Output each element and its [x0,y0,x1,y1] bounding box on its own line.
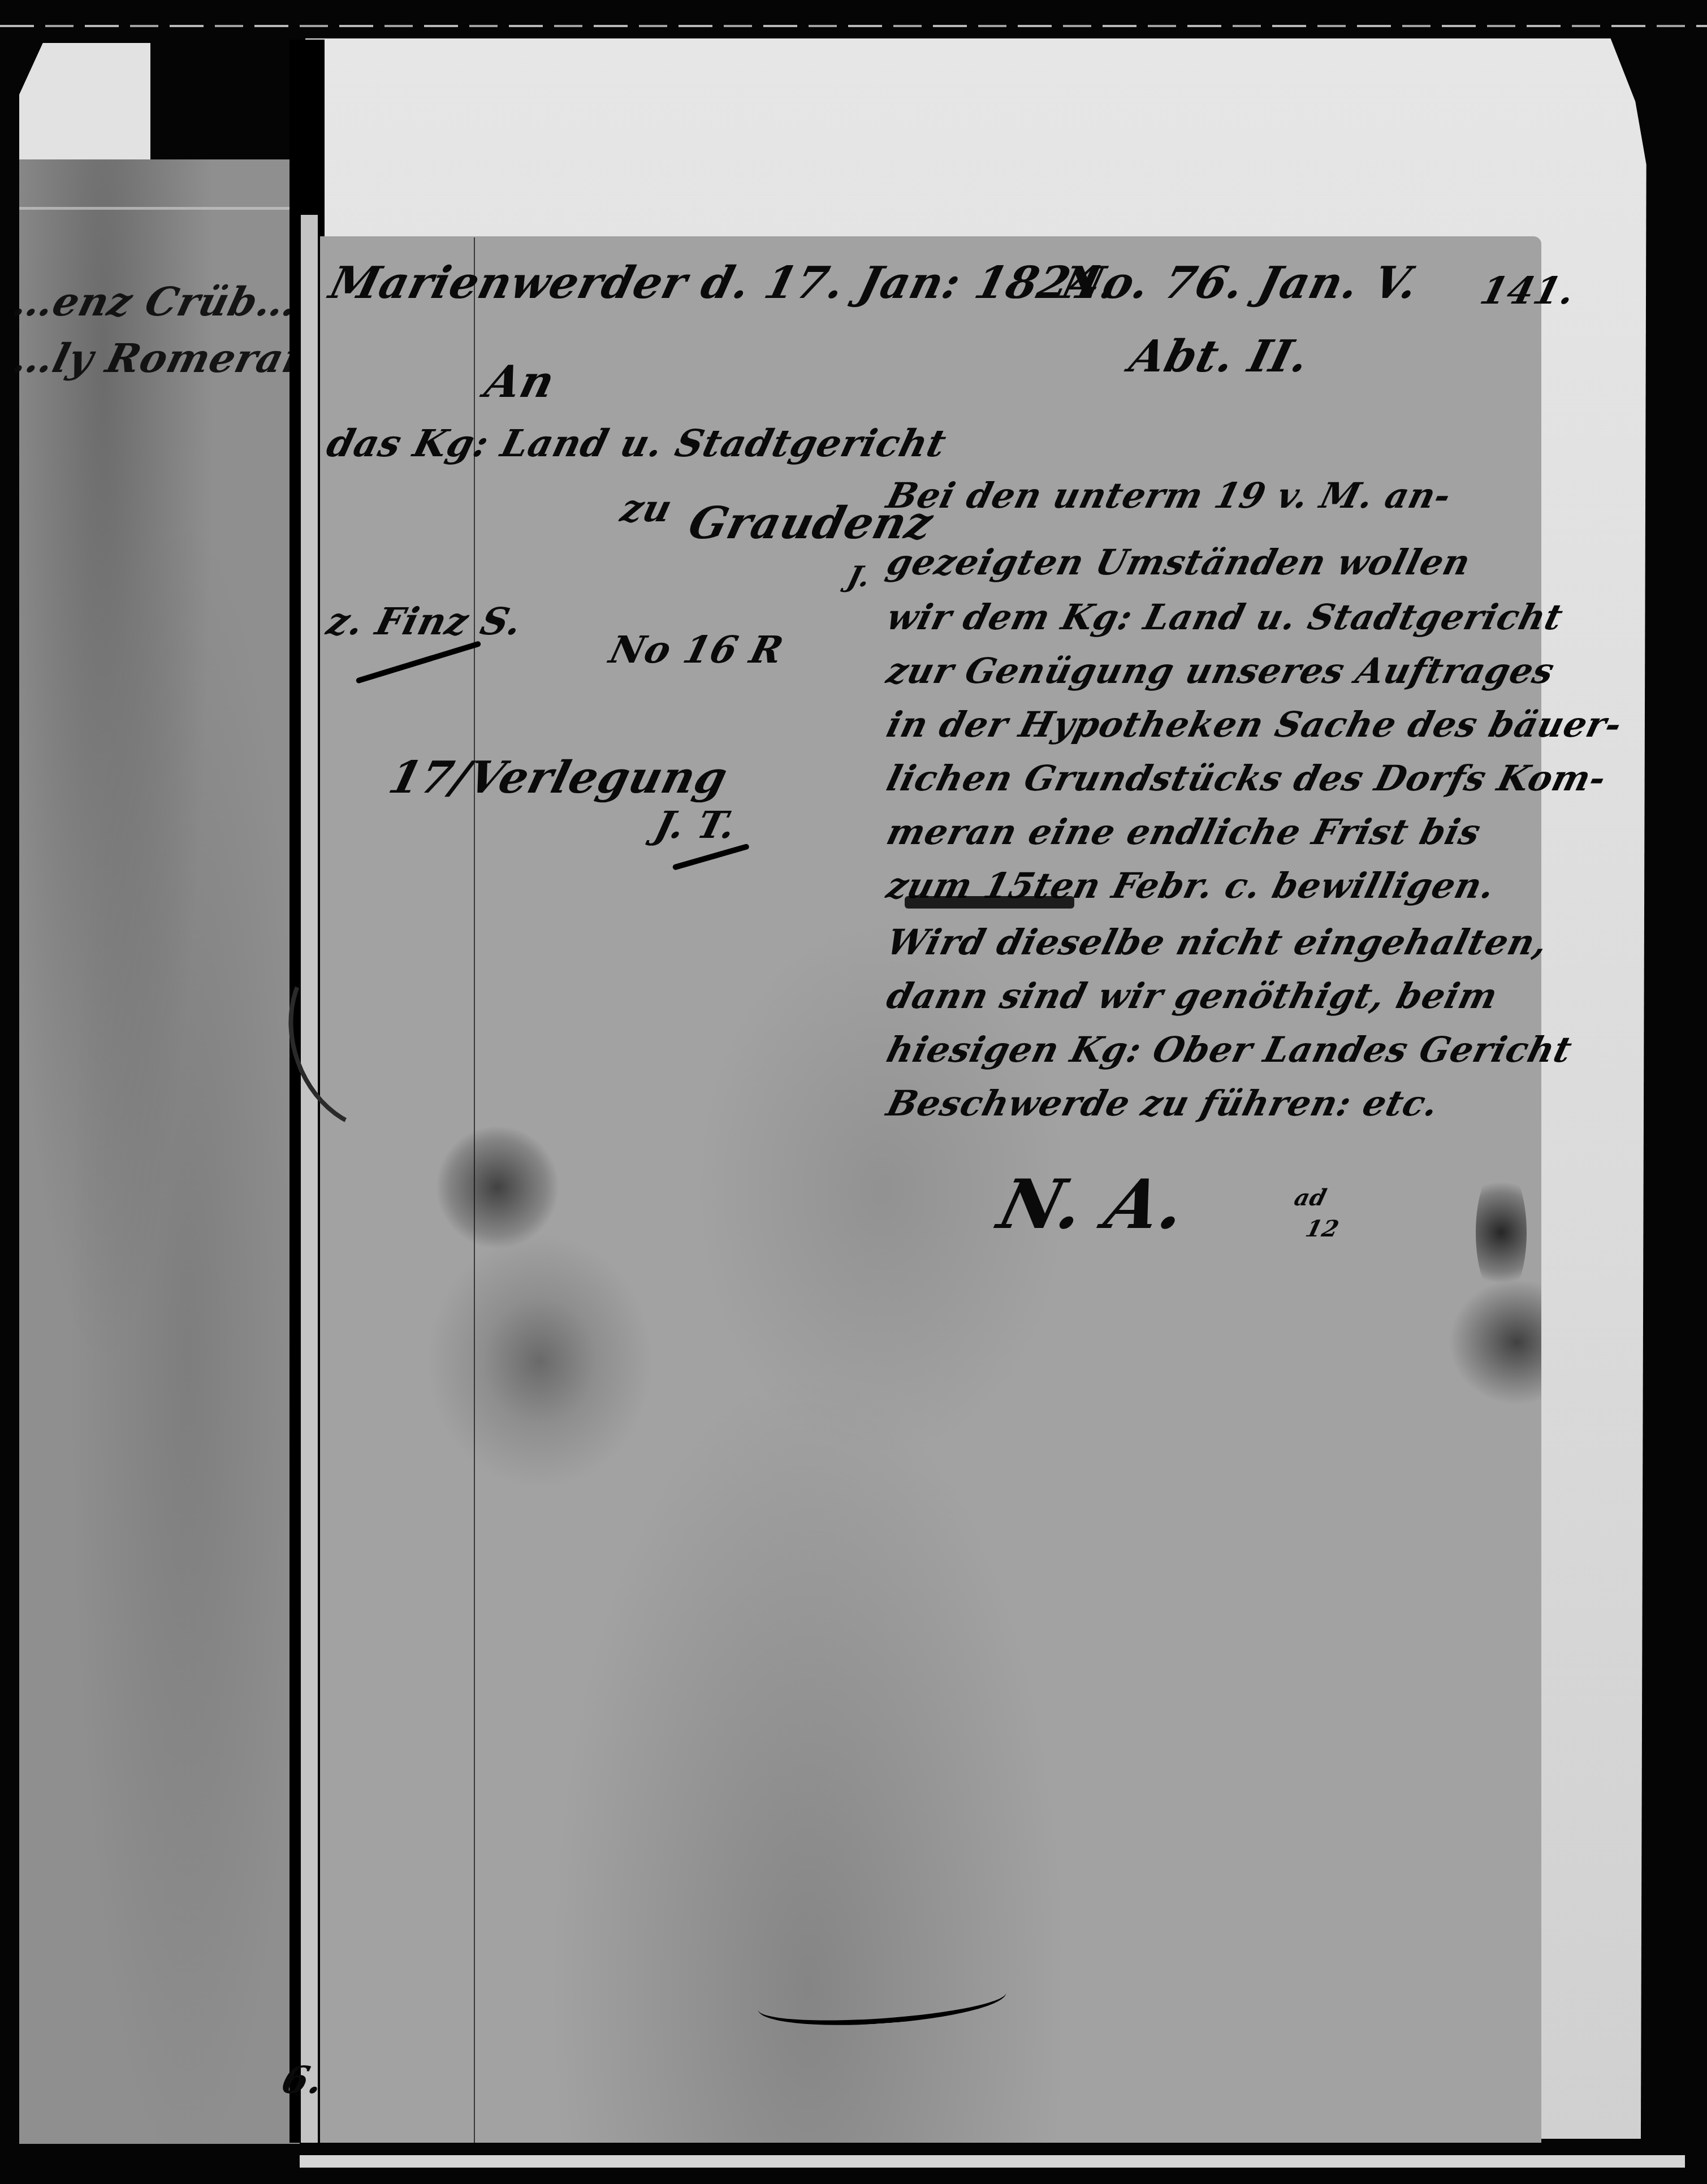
department-label: Abt. II. [1125,331,1315,382]
action-initials: J. T. [650,803,741,847]
body-line-9: Wird dieselbe nicht eingehalten, [883,922,1553,963]
body-line-3: wir dem Kg: Land u. Stadtgericht [883,596,1567,638]
body-line-12: Beschwerde zu führen: etc. [883,1083,1443,1124]
signature-initials: N. A. [991,1165,1195,1244]
action-number: 17/ [384,752,476,803]
paper-crease [19,207,300,210]
left-page-text-line-1: …enz Crüb… [8,278,304,325]
body-line-11: hiesigen Kg: Ober Landes Gericht [883,1029,1576,1070]
reference-number: No. 76. Jan. V. [1057,257,1424,309]
left-page-fragment: …enz Crüb… …ly Romeran [19,159,300,2144]
body-line-6: lichen Grundstücks des Dorfs Kom- [883,758,1611,799]
address-recipient: das Kg: Land u. Stadtgericht [322,421,951,465]
backing-sheet-bottom-edge [300,2155,1685,2168]
scanner-edge-line [0,25,1707,27]
place-date-line: Marienwerder d. 17. Jan: 1824. [325,257,1123,309]
body-line-2: gezeigten Umständen wollen [883,542,1475,583]
body-line-4: zur Genügung unseres Auftrages [883,650,1559,691]
signature-annotation-top: ad [1291,1184,1330,1211]
strike-through-mark [905,896,1074,909]
note-left: z. Finz S. [322,599,527,643]
body-line-10: dann sind wir genöthigt, beim [883,975,1502,1017]
ink-stain [435,1125,560,1249]
action-label: Verlegung [463,752,733,803]
folio-number: 141. [1476,269,1580,313]
body-line-5: in der Hypotheken Sache des bäuer- [883,704,1627,745]
address-to: An [480,356,560,408]
page-edge-strip [301,215,318,2143]
signature-annotation-bottom: 12 [1303,1216,1342,1242]
file-number: No 16 R [605,628,788,672]
backing-sheet-left [19,43,150,179]
body-line-7: meran eine endliche Frist bis [883,811,1485,853]
left-page-text-line-2: …ly Romeran [8,335,319,382]
edge-stain [1476,1165,1527,1300]
body-line-1: Bei den unterm 19 v. M. an- [883,475,1455,516]
